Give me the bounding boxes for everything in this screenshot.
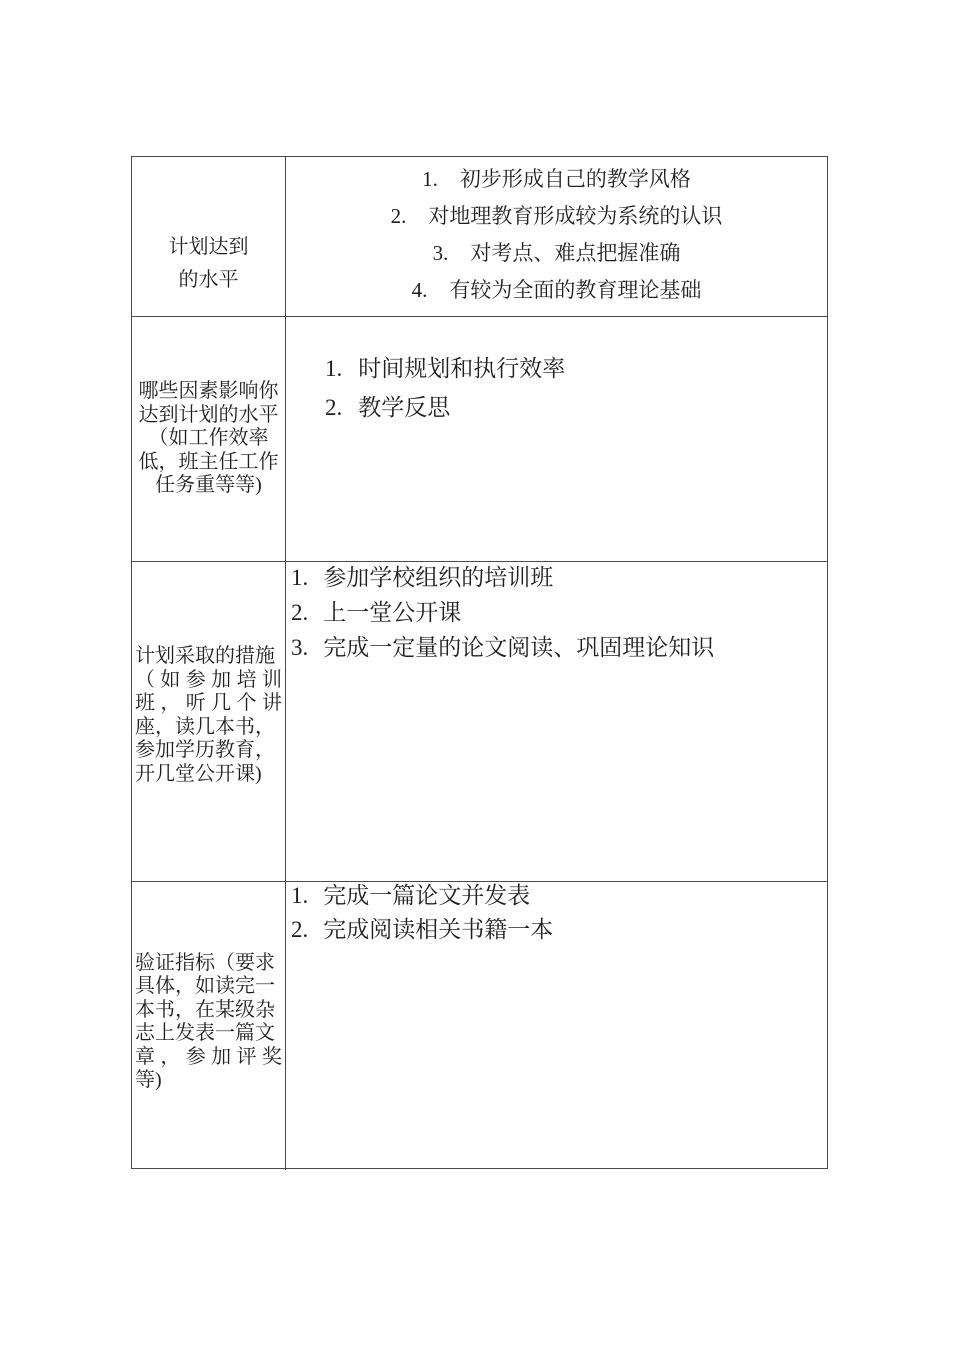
label-line: （如工作效率 — [135, 427, 282, 451]
item-number: 1. — [291, 566, 308, 590]
item-text: 参加学校组织的培训班 — [323, 566, 553, 590]
label-cell-planned-level: 计划达到 的水平 — [132, 157, 286, 317]
item-text: 教学反思 — [358, 396, 450, 420]
item-text: 初步形成自己的教学风格 — [460, 168, 691, 190]
list-item: 4. 有较为全面的教育理论基础 — [412, 279, 702, 301]
item-number: 2. — [291, 918, 308, 942]
item-text: 对考点、难点把握准确 — [470, 242, 680, 264]
label-line: 等) — [135, 1069, 282, 1093]
item-text: 完成一篇论文并发表 — [323, 884, 530, 908]
label-line: 具体，如读完一 — [135, 975, 282, 999]
item-text: 完成阅读相关书籍一本 — [323, 918, 553, 942]
label-line: 志上发表一篇文 — [135, 1022, 282, 1046]
content-cell-planned-level: 1. 初步形成自己的教学风格 2. 对地理教育形成较为系统的认识 3. 对考点、… — [286, 157, 827, 317]
label-line: 的水平 — [135, 264, 282, 297]
label-line: 章，参加评奖 — [135, 1046, 282, 1070]
item-number: 4. — [412, 279, 428, 301]
label-cell-influencing-factors: 哪些因素影响你 达到计划的水平 （如工作效率 低，班主任工作 任务重等等) — [132, 317, 286, 562]
label-line: 哪些因素影响你 — [135, 380, 282, 404]
label-line: 座，读几本书， — [135, 716, 282, 740]
list-item: 2. 上一堂公开课 — [291, 601, 461, 625]
label-line: （如参加培训 — [135, 669, 282, 693]
item-number: 2. — [391, 205, 407, 227]
item-number: 3. — [433, 242, 449, 264]
item-number: 1. — [422, 168, 438, 190]
content-cell-influencing-factors: 1. 时间规划和执行效率 2. 教学反思 — [286, 317, 827, 562]
content-cell-planned-measures: 1. 参加学校组织的培训班 2. 上一堂公开课 3. 完成一定量的论文阅读、巩固… — [286, 562, 827, 882]
list-item: 1. 完成一篇论文并发表 — [291, 884, 530, 908]
label-line: 低，班主任工作 — [135, 451, 282, 475]
item-text: 时间规划和执行效率 — [358, 357, 565, 381]
label-line: 任务重等等) — [135, 474, 282, 498]
label-line: 验证指标（要求 — [135, 952, 282, 976]
item-number: 1. — [291, 884, 308, 908]
item-text: 对地理教育形成较为系统的认识 — [428, 205, 722, 227]
content-cell-verification-indicators: 1. 完成一篇论文并发表 2. 完成阅读相关书籍一本 — [286, 882, 827, 1170]
label-cell-verification-indicators: 验证指标（要求 具体，如读完一 本书，在某级杂 志上发表一篇文 章，参加评奖 等… — [132, 882, 286, 1170]
item-number: 2. — [291, 601, 308, 625]
document-page: 计划达到 的水平 1. 初步形成自己的教学风格 2. 对地理教育形成较为系统的认… — [0, 0, 960, 1357]
item-number: 2. — [325, 396, 342, 420]
label-line: 本书，在某级杂 — [135, 999, 282, 1023]
item-number: 3. — [291, 636, 308, 660]
item-text: 有较为全面的教育理论基础 — [449, 279, 701, 301]
list-item: 1. 时间规划和执行效率 — [325, 357, 565, 381]
list-item: 3. 对考点、难点把握准确 — [433, 242, 681, 264]
label-line: 计划采取的措施 — [135, 645, 282, 669]
item-text: 上一堂公开课 — [323, 601, 461, 625]
item-text: 完成一定量的论文阅读、巩固理论知识 — [323, 636, 714, 660]
label-line: 达到计划的水平 — [135, 404, 282, 428]
label-line: 开几堂公开课) — [135, 763, 282, 787]
list-item: 3. 完成一定量的论文阅读、巩固理论知识 — [291, 636, 714, 660]
label-line: 参加学历教育， — [135, 739, 282, 763]
list-item: 1. 初步形成自己的教学风格 — [422, 168, 691, 190]
list-item: 2. 教学反思 — [325, 396, 450, 420]
list-item: 1. 参加学校组织的培训班 — [291, 566, 553, 590]
list-item: 2. 对地理教育形成较为系统的认识 — [391, 205, 723, 227]
item-number: 1. — [325, 357, 342, 381]
label-line: 计划达到 — [135, 231, 282, 264]
development-plan-table: 计划达到 的水平 1. 初步形成自己的教学风格 2. 对地理教育形成较为系统的认… — [131, 156, 828, 1169]
label-cell-planned-measures: 计划采取的措施 （如参加培训 班，听几个讲 座，读几本书， 参加学历教育， 开几… — [132, 562, 286, 882]
list-item: 2. 完成阅读相关书籍一本 — [291, 918, 553, 942]
label-line: 班，听几个讲 — [135, 692, 282, 716]
